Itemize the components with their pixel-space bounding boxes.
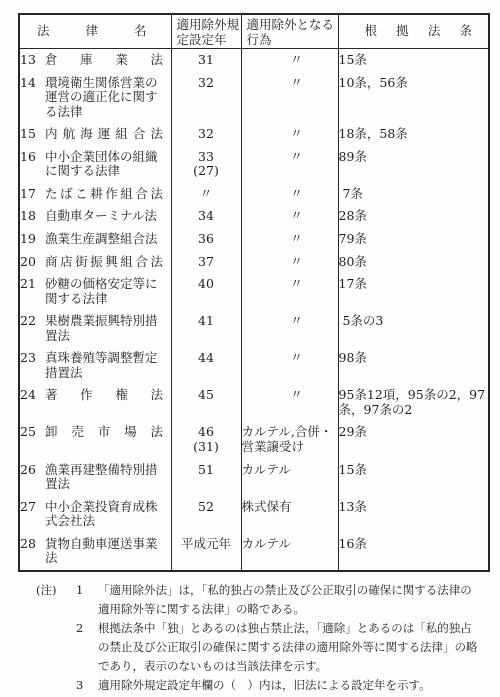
law-name: 中小企業投資育成株 式会社法	[45, 500, 163, 529]
column-header-basis: 根拠法条	[338, 14, 489, 49]
notes-items: 1 「適用除外法」は，「私的独占の禁止及び公正取引の確保に関する法律の 適用除外…	[76, 581, 488, 695]
law-name-cell: 13倉庫業法	[19, 49, 171, 72]
law-name-cell: 14環境衛生関係営業の 運営の適正化に関す る法律	[19, 72, 171, 124]
act-cell: 〃	[241, 347, 338, 384]
header-row: 法律名 適用除外規 定設定年 適用除外となる 行為 根拠法条	[19, 14, 489, 49]
basis-cell: 5条の3	[338, 310, 489, 347]
table-row: 26漁業再建整備特別措 置法 51 カルテル 15条	[19, 459, 489, 496]
year-cell: 36	[171, 228, 241, 251]
row-number: 22	[20, 314, 45, 329]
note-number: 1	[76, 581, 98, 619]
law-name: 漁業生産調整組合法	[45, 232, 163, 247]
column-header-law-name: 法律名	[19, 14, 171, 49]
year-cell: 32	[171, 123, 241, 146]
table-row: 25卸売市場法 46 (31) カルテル,合併・ 営業譲受け 29条	[19, 421, 489, 458]
act-cell: 〃	[241, 49, 338, 72]
document-page: 法律名 適用除外規 定設定年 適用除外となる 行為 根拠法条 13倉庫業法 31…	[0, 0, 500, 697]
basis-cell: 28条	[338, 205, 489, 228]
basis-cell: 80条	[338, 251, 489, 274]
law-name: 倉庫業法	[45, 53, 163, 68]
act-cell: 〃	[241, 123, 338, 146]
year-cell: 33 (27)	[171, 146, 241, 183]
year-cell: 34	[171, 205, 241, 228]
basis-cell: 18条，58条	[338, 123, 489, 146]
act-cell: 〃	[241, 310, 338, 347]
table-row: 23真珠養殖等調整暫定 措置法 44 〃 98条	[19, 347, 489, 384]
law-name: 中小企業団体の組織 に関する法律	[45, 150, 163, 179]
basis-cell: 10条，56条	[338, 72, 489, 124]
law-name-cell: 18自動車ターミナル法	[19, 205, 171, 228]
year-cell: 平成元年	[171, 533, 241, 571]
table-row: 20商店街振興組合法 37 〃 80条	[19, 251, 489, 274]
law-name-cell: 23真珠養殖等調整暫定 措置法	[19, 347, 171, 384]
column-header-act: 適用除外となる 行為	[241, 14, 338, 49]
column-header-act-text: 適用除外となる 行為	[247, 17, 338, 47]
law-name: 商店街振興組合法	[45, 255, 163, 270]
table-row: 13倉庫業法 31 〃 15条	[19, 49, 489, 72]
law-name: 環境衛生関係営業の 運営の適正化に関す る法律	[45, 76, 163, 120]
row-number: 17	[20, 187, 45, 202]
law-name-cell: 22果樹農業振興特別措 置法	[19, 310, 171, 347]
note-item: 1 「適用除外法」は，「私的独占の禁止及び公正取引の確保に関する法律の 適用除外…	[76, 581, 488, 619]
basis-cell: 17条	[338, 273, 489, 310]
row-number: 26	[20, 463, 45, 478]
act-cell: 〃	[241, 251, 338, 274]
law-name-cell: 25卸売市場法	[19, 421, 171, 458]
act-cell: 〃	[241, 384, 338, 421]
act-cell: カルテル	[241, 459, 338, 496]
column-header-basis-text: 根拠法条	[365, 23, 473, 38]
row-number: 24	[20, 388, 45, 403]
table-row: 24著作権法 45 〃 95条12項，95条の2，97 条，97条の2	[19, 384, 489, 421]
table-row: 19漁業生産調整組合法 36 〃 79条	[19, 228, 489, 251]
table-row: 27中小企業投資育成株 式会社法 52 株式保有 13条	[19, 496, 489, 533]
act-cell: カルテル	[241, 533, 338, 571]
year-cell: 51	[171, 459, 241, 496]
exemption-law-table: 法律名 適用除外規 定設定年 適用除外となる 行為 根拠法条 13倉庫業法 31…	[18, 13, 490, 572]
law-name: 自動車ターミナル法	[45, 209, 163, 224]
year-cell: 45	[171, 384, 241, 421]
year-cell: 46 (31)	[171, 421, 241, 458]
column-header-law-name-text: 法律名	[37, 23, 147, 38]
basis-cell: 16条	[338, 533, 489, 571]
row-number: 19	[20, 232, 45, 247]
law-name-cell: 15内航海運組合法	[19, 123, 171, 146]
row-number: 21	[20, 277, 45, 292]
basis-cell: 29条	[338, 421, 489, 458]
basis-cell: 95条12項，95条の2，97 条，97条の2	[338, 384, 489, 421]
year-cell: 〃	[171, 183, 241, 206]
act-cell: カルテル,合併・ 営業譲受け	[241, 421, 338, 458]
law-name-cell: 24著作権法	[19, 384, 171, 421]
act-cell: 〃	[241, 205, 338, 228]
year-cell: 52	[171, 496, 241, 533]
table-row: 17たばこ耕作組合法 〃 〃 7条	[19, 183, 489, 206]
table-body: 13倉庫業法 31 〃 15条 14環境衛生関係営業の 運営の適正化に関す る法…	[19, 49, 489, 572]
note-text: 「適用除外法」は，「私的独占の禁止及び公正取引の確保に関する法律の 適用除外等に…	[98, 581, 488, 619]
year-cell: 44	[171, 347, 241, 384]
basis-cell: 7条	[338, 183, 489, 206]
law-name-cell: 27中小企業投資育成株 式会社法	[19, 496, 171, 533]
act-cell: 株式保有	[241, 496, 338, 533]
basis-cell: 79条	[338, 228, 489, 251]
year-cell: 37	[171, 251, 241, 274]
table-row: 21砂糖の価格安定等に 関する法律 40 〃 17条	[19, 273, 489, 310]
basis-cell: 98条	[338, 347, 489, 384]
table-row: 22果樹農業振興特別措 置法 41 〃 5条の3	[19, 310, 489, 347]
law-name-cell: 21砂糖の価格安定等に 関する法律	[19, 273, 171, 310]
column-header-year-text: 適用除外規 定設定年	[177, 17, 241, 47]
law-name: たばこ耕作組合法	[45, 187, 163, 202]
law-name-cell: 26漁業再建整備特別措 置法	[19, 459, 171, 496]
notes-section: (注) 1 「適用除外法」は，「私的独占の禁止及び公正取引の確保に関する法律の …	[36, 581, 488, 695]
act-cell: 〃	[241, 228, 338, 251]
act-cell: 〃	[241, 183, 338, 206]
law-name: 砂糖の価格安定等に 関する法律	[45, 277, 163, 306]
row-number: 25	[20, 425, 45, 440]
law-name: 真珠養殖等調整暫定 措置法	[45, 351, 163, 380]
table-row: 16中小企業団体の組織 に関する法律 33 (27) 〃 89条	[19, 146, 489, 183]
act-cell: 〃	[241, 146, 338, 183]
law-name: 著作権法	[45, 388, 163, 403]
note-number: 2	[76, 619, 98, 676]
row-number: 14	[20, 76, 45, 91]
law-name-cell: 17たばこ耕作組合法	[19, 183, 171, 206]
note-number: 3	[76, 676, 98, 695]
year-cell: 41	[171, 310, 241, 347]
table-row: 28貨物自動車運送事業 法 平成元年 カルテル 16条	[19, 533, 489, 571]
law-name-cell: 28貨物自動車運送事業 法	[19, 533, 171, 571]
year-cell: 31	[171, 49, 241, 72]
row-number: 16	[20, 150, 45, 165]
act-cell: 〃	[241, 273, 338, 310]
law-name: 卸売市場法	[45, 425, 163, 440]
table-row: 18自動車ターミナル法 34 〃 28条	[19, 205, 489, 228]
row-number: 13	[20, 53, 45, 68]
law-name: 内航海運組合法	[45, 127, 163, 142]
note-item: 3 適用除外規定設定年欄の（ ）内は，旧法による設定年を示す。	[76, 676, 488, 695]
year-cell: 40	[171, 273, 241, 310]
basis-cell: 15条	[338, 459, 489, 496]
law-name: 果樹農業振興特別措 置法	[45, 314, 163, 343]
column-header-year: 適用除外規 定設定年	[171, 14, 241, 49]
note-item: 2 根拠法条中「独」とあるのは独占禁止法，「適除」とあるのは「私的独占 の禁止及…	[76, 619, 488, 676]
row-number: 23	[20, 351, 45, 366]
act-cell: 〃	[241, 72, 338, 124]
law-name-cell: 19漁業生産調整組合法	[19, 228, 171, 251]
note-text: 適用除外規定設定年欄の（ ）内は，旧法による設定年を示す。	[98, 676, 488, 695]
law-name-cell: 20商店街振興組合法	[19, 251, 171, 274]
basis-cell: 15条	[338, 49, 489, 72]
law-name: 貨物自動車運送事業 法	[45, 537, 163, 566]
law-name-cell: 16中小企業団体の組織 に関する法律	[19, 146, 171, 183]
row-number: 20	[20, 255, 45, 270]
row-number: 28	[20, 537, 45, 552]
basis-cell: 89条	[338, 146, 489, 183]
row-number: 27	[20, 500, 45, 515]
row-number: 18	[20, 209, 45, 224]
table-row: 14環境衛生関係営業の 運営の適正化に関す る法律 32 〃 10条，56条	[19, 72, 489, 124]
table-header: 法律名 適用除外規 定設定年 適用除外となる 行為 根拠法条	[19, 14, 489, 49]
basis-cell: 13条	[338, 496, 489, 533]
notes-label: (注)	[36, 581, 76, 695]
note-text: 根拠法条中「独」とあるのは独占禁止法，「適除」とあるのは「私的独占 の禁止及び公…	[98, 619, 488, 676]
row-number: 15	[20, 127, 45, 142]
year-cell: 32	[171, 72, 241, 124]
table-row: 15内航海運組合法 32 〃 18条，58条	[19, 123, 489, 146]
law-name: 漁業再建整備特別措 置法	[45, 463, 163, 492]
